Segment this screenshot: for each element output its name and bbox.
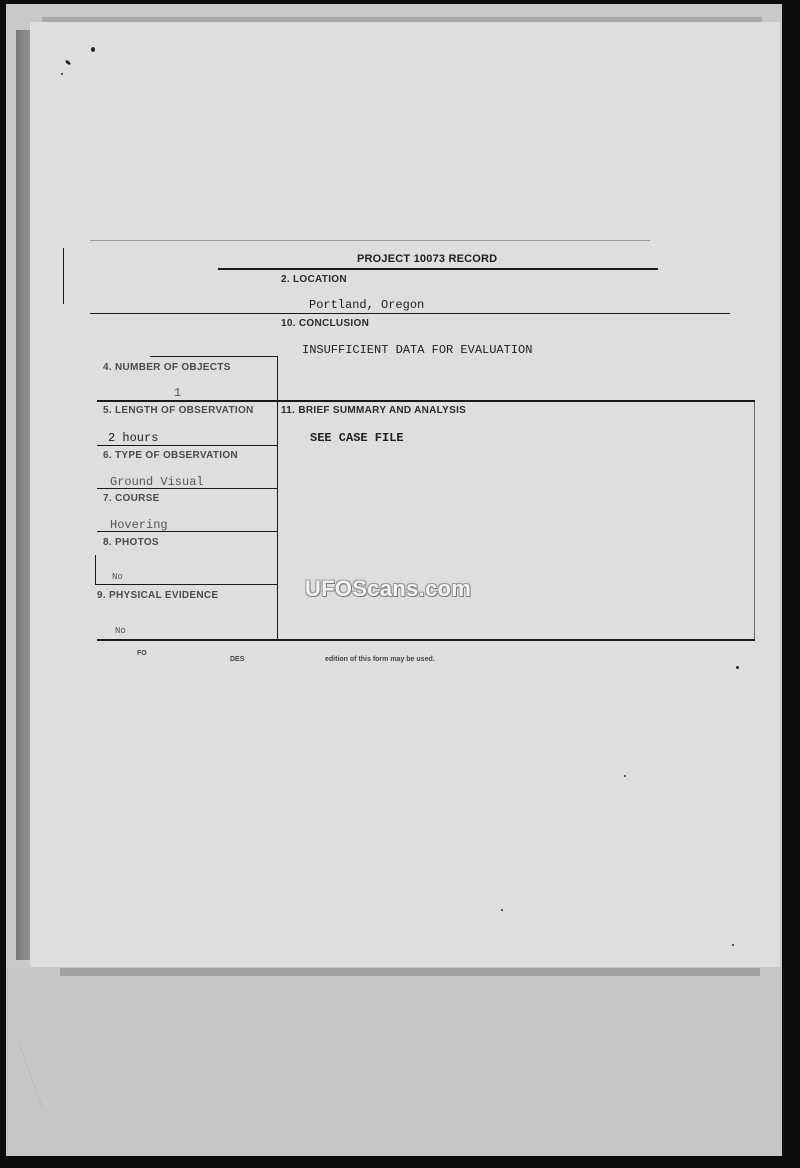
form-bottom-rule <box>97 639 755 641</box>
location-rule <box>90 313 730 314</box>
number-of-objects-label: 4. NUMBER OF OBJECTS <box>103 362 231 373</box>
location-value: Portland, Oregon <box>309 298 424 312</box>
length-of-observation-label: 5. LENGTH OF OBSERVATION <box>103 405 254 416</box>
dust-speck <box>732 944 734 946</box>
dust-speck <box>501 909 503 911</box>
summary-value: SEE CASE FILE <box>310 431 404 445</box>
record-form: PROJECT 10073 RECORD 2. LOCATION Portlan… <box>0 0 800 700</box>
type-of-observation-value: Ground Visual <box>110 475 204 489</box>
form-title: PROJECT 10073 RECORD <box>357 253 497 265</box>
footnote-right: edition of this form may be used. <box>325 656 435 663</box>
column-divider <box>277 356 278 640</box>
photos-label: 8. PHOTOS <box>103 537 159 548</box>
dust-speck <box>624 775 626 777</box>
course-label: 7. COURSE <box>103 493 160 504</box>
course-value: Hovering <box>110 518 168 532</box>
page-edge-shadow-bottom <box>60 968 760 976</box>
conclusion-label: 10. CONCLUSION <box>281 318 369 329</box>
footnote-mid: DES <box>230 656 244 663</box>
left-column-top-rule <box>150 356 277 357</box>
summary-top-rule <box>97 400 755 402</box>
conclusion-value: INSUFFICIENT DATA FOR EVALUATION <box>302 343 532 357</box>
photos-value: No <box>112 572 123 582</box>
summary-label: 11. BRIEF SUMMARY AND ANALYSIS <box>281 405 466 416</box>
course-rule <box>97 531 277 532</box>
footnote-left: FO <box>137 650 147 657</box>
title-rule <box>218 268 658 270</box>
form-right-edge <box>754 400 755 640</box>
top-faint-rule <box>90 240 650 241</box>
location-label: 2. LOCATION <box>281 274 347 285</box>
type-rule <box>97 488 277 489</box>
length-of-observation-value: 2 hours <box>108 431 158 445</box>
length-rule <box>97 445 277 446</box>
type-of-observation-label: 6. TYPE OF OBSERVATION <box>103 450 238 461</box>
number-of-objects-value: 1 <box>174 386 181 400</box>
form-left-edge <box>63 248 64 304</box>
physical-evidence-label: 9. PHYSICAL EVIDENCE <box>97 590 218 601</box>
photos-left-edge <box>95 555 96 585</box>
photos-rule <box>95 584 277 585</box>
watermark: UFOScans.com <box>305 576 471 602</box>
scanner-background <box>6 968 782 1156</box>
physical-evidence-value: No <box>115 626 126 636</box>
